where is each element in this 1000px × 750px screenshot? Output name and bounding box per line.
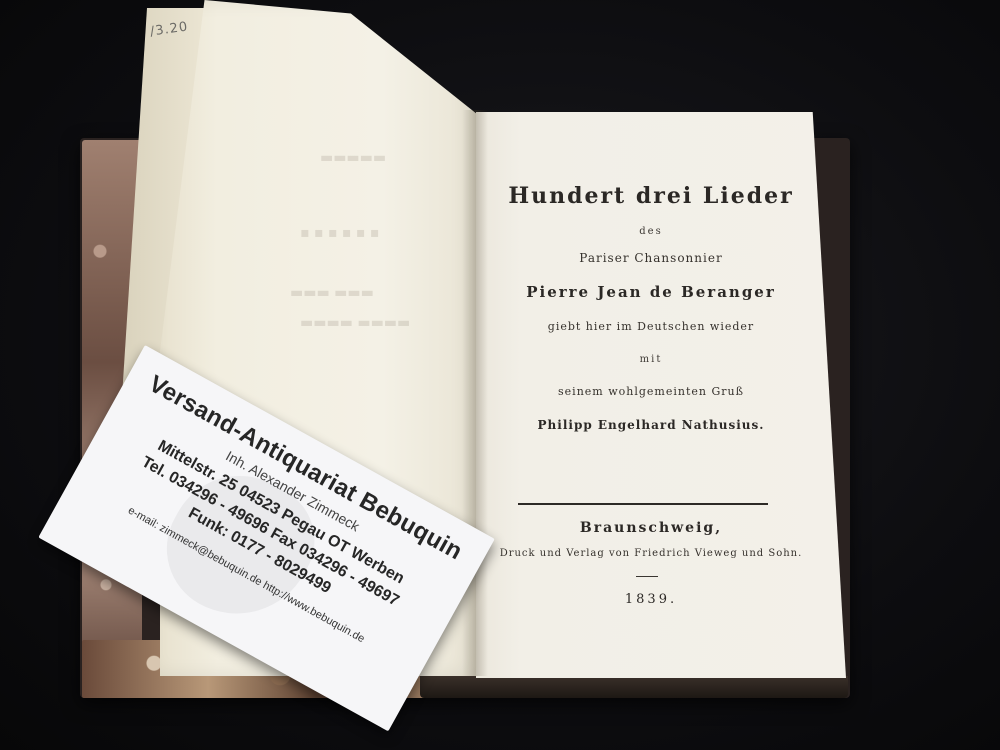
title-line-mit: mit [476,354,826,365]
title-line-des: des [476,226,826,237]
show-through-text: ▬▬▬▬▬ [320,150,386,166]
title-line-subject: Pariser Chansonnier [476,251,826,265]
title-line-translation: giebt hier im Deutschen wieder [476,320,826,333]
title-page-short-rule [636,576,658,577]
show-through-text: ▬▬▬ ▬▬▬ [290,285,374,301]
imprint-year: 1839. [476,592,826,607]
imprint-city: Braunschweig, [476,520,826,536]
book-bottom-edge [420,676,848,698]
title-line-greeting: seinem wohlgemeinten Gruß [476,385,826,398]
show-through-text: ▪ ▪ ▪ ▪ ▪ ▪ [300,225,379,241]
show-through-text: ▬▬▬▬ ▬▬▬▬ [300,315,410,331]
title-line-author-name: Pierre Jean de Beranger [476,283,826,301]
title-page-rule [518,503,768,505]
book-title: Hundert drei Lieder [476,183,826,209]
title-line-translator: Philipp Engelhard Nathusius. [476,418,826,432]
imprint-publisher: Druck und Verlag von Friedrich Vieweg un… [476,548,826,559]
